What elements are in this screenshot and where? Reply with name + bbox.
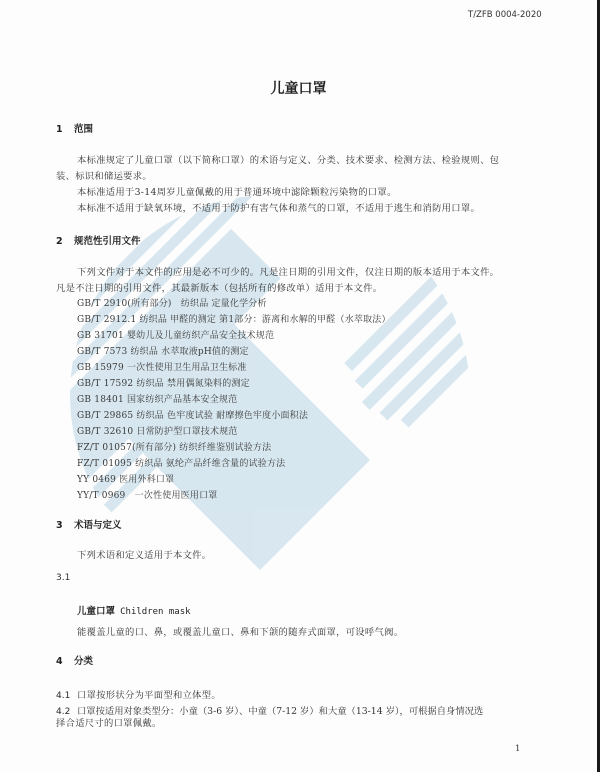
paragraph: 装、标识和储运要求。 [56, 168, 152, 182]
reference-item: GB/T 7573 纺织品 水萃取液pH值的测定 [77, 344, 249, 357]
reference-item: FZ/T 01095 纺织品 氨纶产品纤维含量的试验方法 [77, 456, 285, 469]
section-title: 规范性引用文件 [74, 236, 141, 247]
paragraph: 本标准适用于3-14周岁儿童佩戴的用于普通环境中滤除颗粒污染物的口罩。 [77, 184, 397, 198]
reference-item: GB/T 32610 日常防护型口罩技术规范 [77, 424, 238, 437]
reference-item: GB/T 17592 纺织品 禁用偶氮染料的测定 [77, 376, 250, 389]
subsection-number: 3.1 [56, 573, 70, 583]
standard-code: T/ZFB 0004-2020 [468, 10, 542, 20]
reference-item: GB 18401 国家纺织产品基本安全规范 [77, 392, 237, 405]
reference-item: GB 31701 婴幼儿及儿童纺织产品安全技术规范 [77, 328, 274, 341]
reference-item: YY 0469 医用外科口罩 [77, 472, 174, 485]
term-entry: 儿童口罩 Children mask [77, 599, 191, 618]
section-4-heading: 4分类 [56, 653, 93, 667]
section-2-heading: 2规范性引用文件 [56, 233, 141, 247]
paragraph: 本标准规定了儿童口罩（以下简称口罩）的术语与定义、分类、技术要求、检测方法、检验… [77, 152, 499, 166]
reference-item: GB/T 2910(所有部分) 纺织品 定量化学分析 [77, 296, 267, 309]
paragraph: 凡是不注日期的引用文件，其最新版本（包括所有的修改单）适用于本文件。 [56, 280, 382, 294]
reference-item: GB/T 2912.1 纺织品 甲醛的测定 第1部分：游离和水解的甲醛（水萃取法… [77, 312, 391, 325]
section-number: 2 [56, 236, 74, 247]
term-english: Children mask [120, 607, 190, 617]
paragraph: 本标准不适用于缺氧环境，不适用于防护有害气体和蒸气的口罩，不适用于逃生和消防用口… [77, 200, 480, 214]
section-title: 范围 [74, 124, 93, 135]
section-number: 1 [56, 124, 74, 135]
section-3-heading: 3术语与定义 [56, 517, 122, 531]
reference-item: YY/T 0969 一次性使用医用口罩 [77, 488, 217, 501]
document-title: 儿童口罩 [0, 78, 597, 98]
paragraph: 下列文件对于本文件的应用是必不可少的。凡是注日期的引用文件，仅注日期的版本适用于… [77, 264, 499, 278]
page-number: 1 [515, 744, 520, 754]
section-title: 术语与定义 [74, 520, 122, 531]
section-number: 4 [56, 656, 74, 667]
term-chinese: 儿童口罩 [77, 606, 115, 617]
reference-item: GB 15979 一次性使用卫生用品卫生标准 [77, 360, 247, 373]
paragraph: 下列术语和定义适用于本文件。 [77, 547, 211, 561]
term-definition: 能覆盖儿童的口、鼻，或覆盖儿童口、鼻和下颌的随弃式面罩，可设呼气阀。 [77, 624, 403, 638]
clause-text-continued: 择合适尺寸的口罩佩戴。 [56, 715, 162, 729]
section-1-heading: 1范围 [56, 121, 93, 135]
section-title: 分类 [74, 656, 93, 667]
reference-item: FZ/T 01057(所有部分) 纺织纤维鉴别试验方法 [77, 440, 271, 453]
section-number: 3 [56, 520, 74, 531]
reference-item: GB/T 29865 纺织品 色牢度试验 耐摩擦色牢度小面积法 [77, 408, 308, 421]
